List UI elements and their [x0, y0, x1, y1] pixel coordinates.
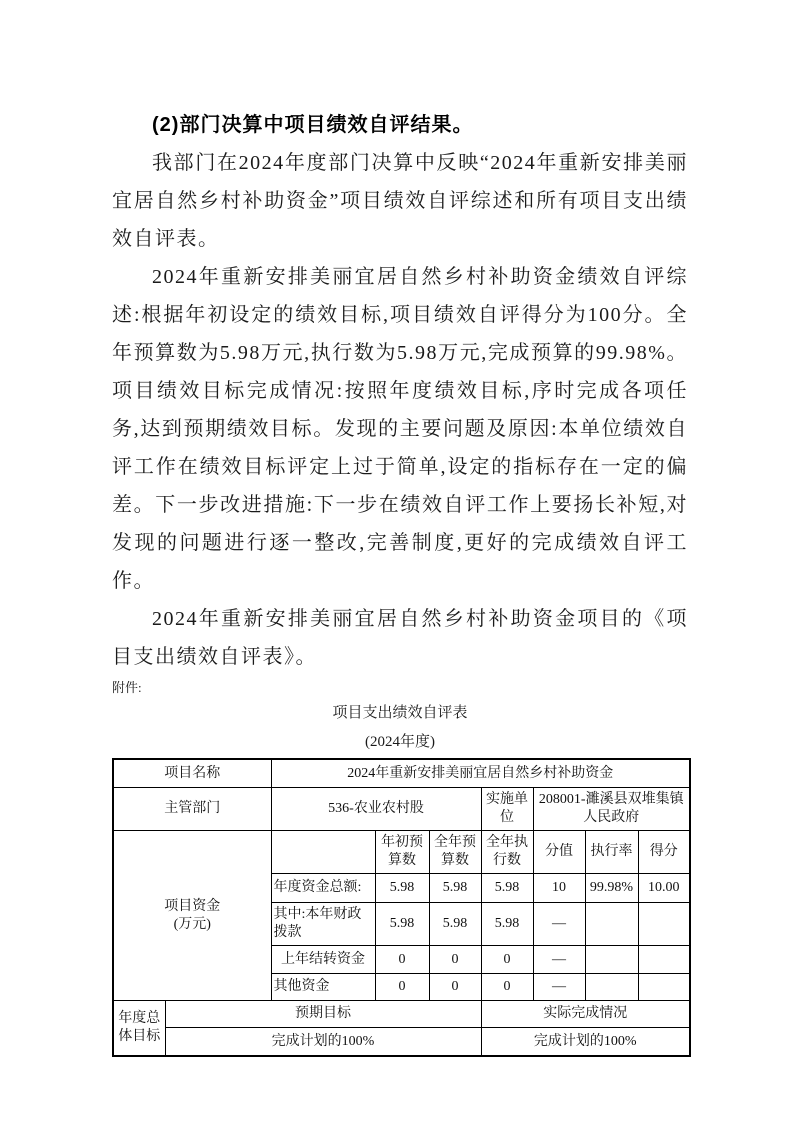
performance-self-evaluation-table: 项目名称 2024年重新安排美丽宜居自然乡村补助资金 主管部门 536-农业农村…: [112, 758, 691, 1057]
impl-unit-value: 208001-濉溪县双堆集镇人民政府: [533, 788, 690, 831]
expected-goal-header: 预期目标: [165, 1001, 481, 1028]
other-funds-annual-execution: 0: [481, 974, 533, 1001]
expected-goal-value: 完成计划的100%: [165, 1028, 481, 1057]
empty-cell: [271, 831, 375, 874]
project-funds-label: 项目资金 (万元): [113, 831, 271, 1001]
other-funds-score: [638, 974, 690, 1001]
column-header-initial-budget: 年初预算数: [375, 831, 429, 874]
column-header-execution-rate: 执行率: [585, 831, 638, 874]
row-label-total-funds: 年度资金总额:: [271, 874, 375, 903]
total-funds-initial-budget: 5.98: [375, 874, 429, 903]
other-funds-score-weight: —: [533, 974, 585, 1001]
total-funds-execution-rate: 99.98%: [585, 874, 638, 903]
project-name-label: 项目名称: [113, 759, 271, 788]
total-funds-annual-budget: 5.98: [429, 874, 481, 903]
column-header-score-weight: 分值: [533, 831, 585, 874]
actual-completion-value: 完成计划的100%: [481, 1028, 690, 1057]
dept-value: 536-农业农村股: [271, 788, 481, 831]
actual-completion-header: 实际完成情况: [481, 1001, 690, 1028]
carryover-score: [638, 946, 690, 974]
total-funds-score-weight: 10: [533, 874, 585, 903]
paragraph-evaluation-detail: 2024年重新安排美丽宜居自然乡村补助资金绩效自评综述:根据年初设定的绩效目标,…: [112, 258, 688, 600]
table-row: 主管部门 536-农业农村股 实施单位 208001-濉溪县双堆集镇人民政府: [113, 788, 690, 831]
column-header-annual-budget: 全年预算数: [429, 831, 481, 874]
section-heading: (2)部门决算中项目绩效自评结果。: [112, 106, 688, 144]
dept-label: 主管部门: [113, 788, 271, 831]
document-content: (2)部门决算中项目绩效自评结果。 我部门在2024年度部门决算中反映“2024…: [0, 0, 793, 1057]
fiscal-allocation-score-weight: —: [533, 903, 585, 946]
annual-goal-label: 年度总体目标: [113, 1001, 165, 1057]
document-page: (2)部门决算中项目绩效自评结果。 我部门在2024年度部门决算中反映“2024…: [0, 0, 793, 1122]
impl-unit-label: 实施单位: [481, 788, 533, 831]
column-header-annual-execution: 全年执行数: [481, 831, 533, 874]
table-row: 年度总体目标 预期目标 实际完成情况: [113, 1001, 690, 1028]
row-label-carryover-funds: 上年结转资金: [271, 946, 375, 974]
fiscal-allocation-annual-execution: 5.98: [481, 903, 533, 946]
attachment-label: 附件:: [112, 680, 688, 696]
fiscal-allocation-initial-budget: 5.98: [375, 903, 429, 946]
other-funds-annual-budget: 0: [429, 974, 481, 1001]
table-row: 完成计划的100% 完成计划的100%: [113, 1028, 690, 1057]
fiscal-allocation-annual-budget: 5.98: [429, 903, 481, 946]
table-title: 项目支出绩效自评表: [112, 703, 688, 723]
carryover-initial-budget: 0: [375, 946, 429, 974]
carryover-execution-rate: [585, 946, 638, 974]
carryover-annual-execution: 0: [481, 946, 533, 974]
row-label-fiscal-allocation: 其中:本年财政拨款: [271, 903, 375, 946]
fiscal-allocation-execution-rate: [585, 903, 638, 946]
paragraph-table-reference: 2024年重新安排美丽宜居自然乡村补助资金项目的《项目支出绩效自评表》。: [112, 600, 688, 676]
row-label-other-funds: 其他资金: [271, 974, 375, 1001]
total-funds-score: 10.00: [638, 874, 690, 903]
total-funds-annual-execution: 5.98: [481, 874, 533, 903]
table-row: 项目名称 2024年重新安排美丽宜居自然乡村补助资金: [113, 759, 690, 788]
carryover-annual-budget: 0: [429, 946, 481, 974]
fiscal-allocation-score: [638, 903, 690, 946]
column-header-score: 得分: [638, 831, 690, 874]
project-name-value: 2024年重新安排美丽宜居自然乡村补助资金: [271, 759, 690, 788]
paragraph-summary: 我部门在2024年度部门决算中反映“2024年重新安排美丽宜居自然乡村补助资金”…: [112, 144, 688, 258]
table-row: 项目资金 (万元) 年初预算数 全年预算数 全年执行数 分值 执行率 得分: [113, 831, 690, 874]
other-funds-execution-rate: [585, 974, 638, 1001]
carryover-score-weight: —: [533, 946, 585, 974]
other-funds-initial-budget: 0: [375, 974, 429, 1001]
table-subtitle: (2024年度): [112, 732, 688, 752]
